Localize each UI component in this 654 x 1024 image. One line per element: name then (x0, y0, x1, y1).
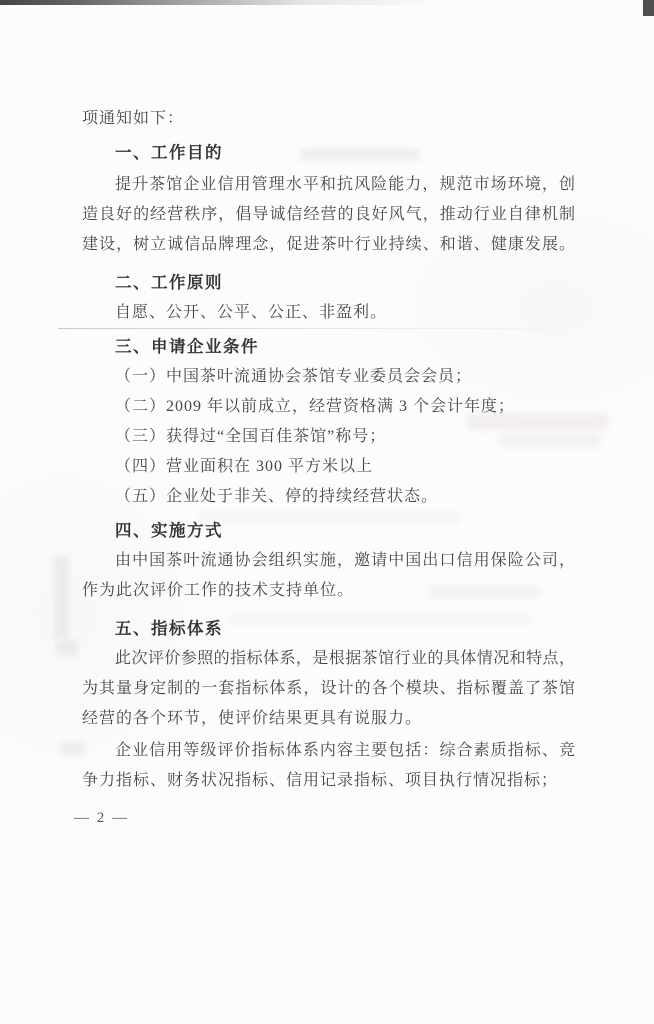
list-item: （五）企业处于非关、停的持续经营状态。 (82, 482, 575, 512)
document-body: 项通知如下： 一、工作目的 提升茶馆企业信用管理水平和抗风险能力，规范市场环境，… (82, 104, 575, 796)
text-line: 为其量身定制的一套指标体系，设计的各个模块、指标覆盖了茶馆 (82, 674, 575, 704)
text-line: 建设，树立诚信品牌理念，促进茶叶行业持续、和谐、健康发展。 (82, 230, 575, 260)
scan-artifact-top-edge (0, 0, 440, 5)
section-2-heading: 二、工作原则 (82, 268, 575, 298)
scan-artifact-corner (643, 0, 654, 16)
scanned-document-page: 项通知如下： 一、工作目的 提升茶馆企业信用管理水平和抗风险能力，规范市场环境，… (0, 0, 654, 1024)
text-line: 经营的各个环节，使评价结果更具有说服力。 (82, 704, 575, 734)
text-line: 造良好的经营秩序，倡导诚信经营的良好风气，推动行业自律机制 (82, 200, 575, 230)
list-item: （二）2009 年以前成立，经营资格满 3 个会计年度； (82, 392, 575, 422)
bleed-through-artifact (54, 556, 69, 638)
section-5-heading: 五、指标体系 (82, 614, 575, 644)
bleed-through-artifact (56, 640, 78, 655)
text-line: 提升茶馆企业信用管理水平和抗风险能力，规范市场环境，创 (82, 170, 575, 200)
continuation-line: 项通知如下： (82, 104, 575, 134)
text-line: 此次评价参照的指标体系，是根据茶馆行业的具体情况和特点， (82, 644, 575, 674)
page-number: — 2 — (74, 810, 129, 827)
section-1-heading: 一、工作目的 (82, 138, 575, 168)
text-line: 自愿、公开、公平、公正、非盈利。 (82, 298, 575, 328)
section-3-heading: 三、申请企业条件 (82, 332, 575, 362)
text-line: 由中国茶叶流通协会组织实施，邀请中国出口信用保险公司， (82, 546, 575, 576)
text-line: 企业信用等级评价指标体系内容主要包括：综合素质指标、竞 (82, 736, 575, 766)
text-line: 争力指标、财务状况指标、信用记录指标、项目执行情况指标； (82, 766, 575, 796)
text-line: 作为此次评价工作的技术支持单位。 (82, 576, 575, 606)
list-item: （三）获得过“全国百佳茶馆”称号； (82, 422, 575, 452)
list-item: （四）营业面积在 300 平方米以上 (82, 452, 575, 482)
section-4-heading: 四、实施方式 (82, 516, 575, 546)
list-item: （一）中国茶叶流通协会茶馆专业委员会会员； (82, 362, 575, 392)
